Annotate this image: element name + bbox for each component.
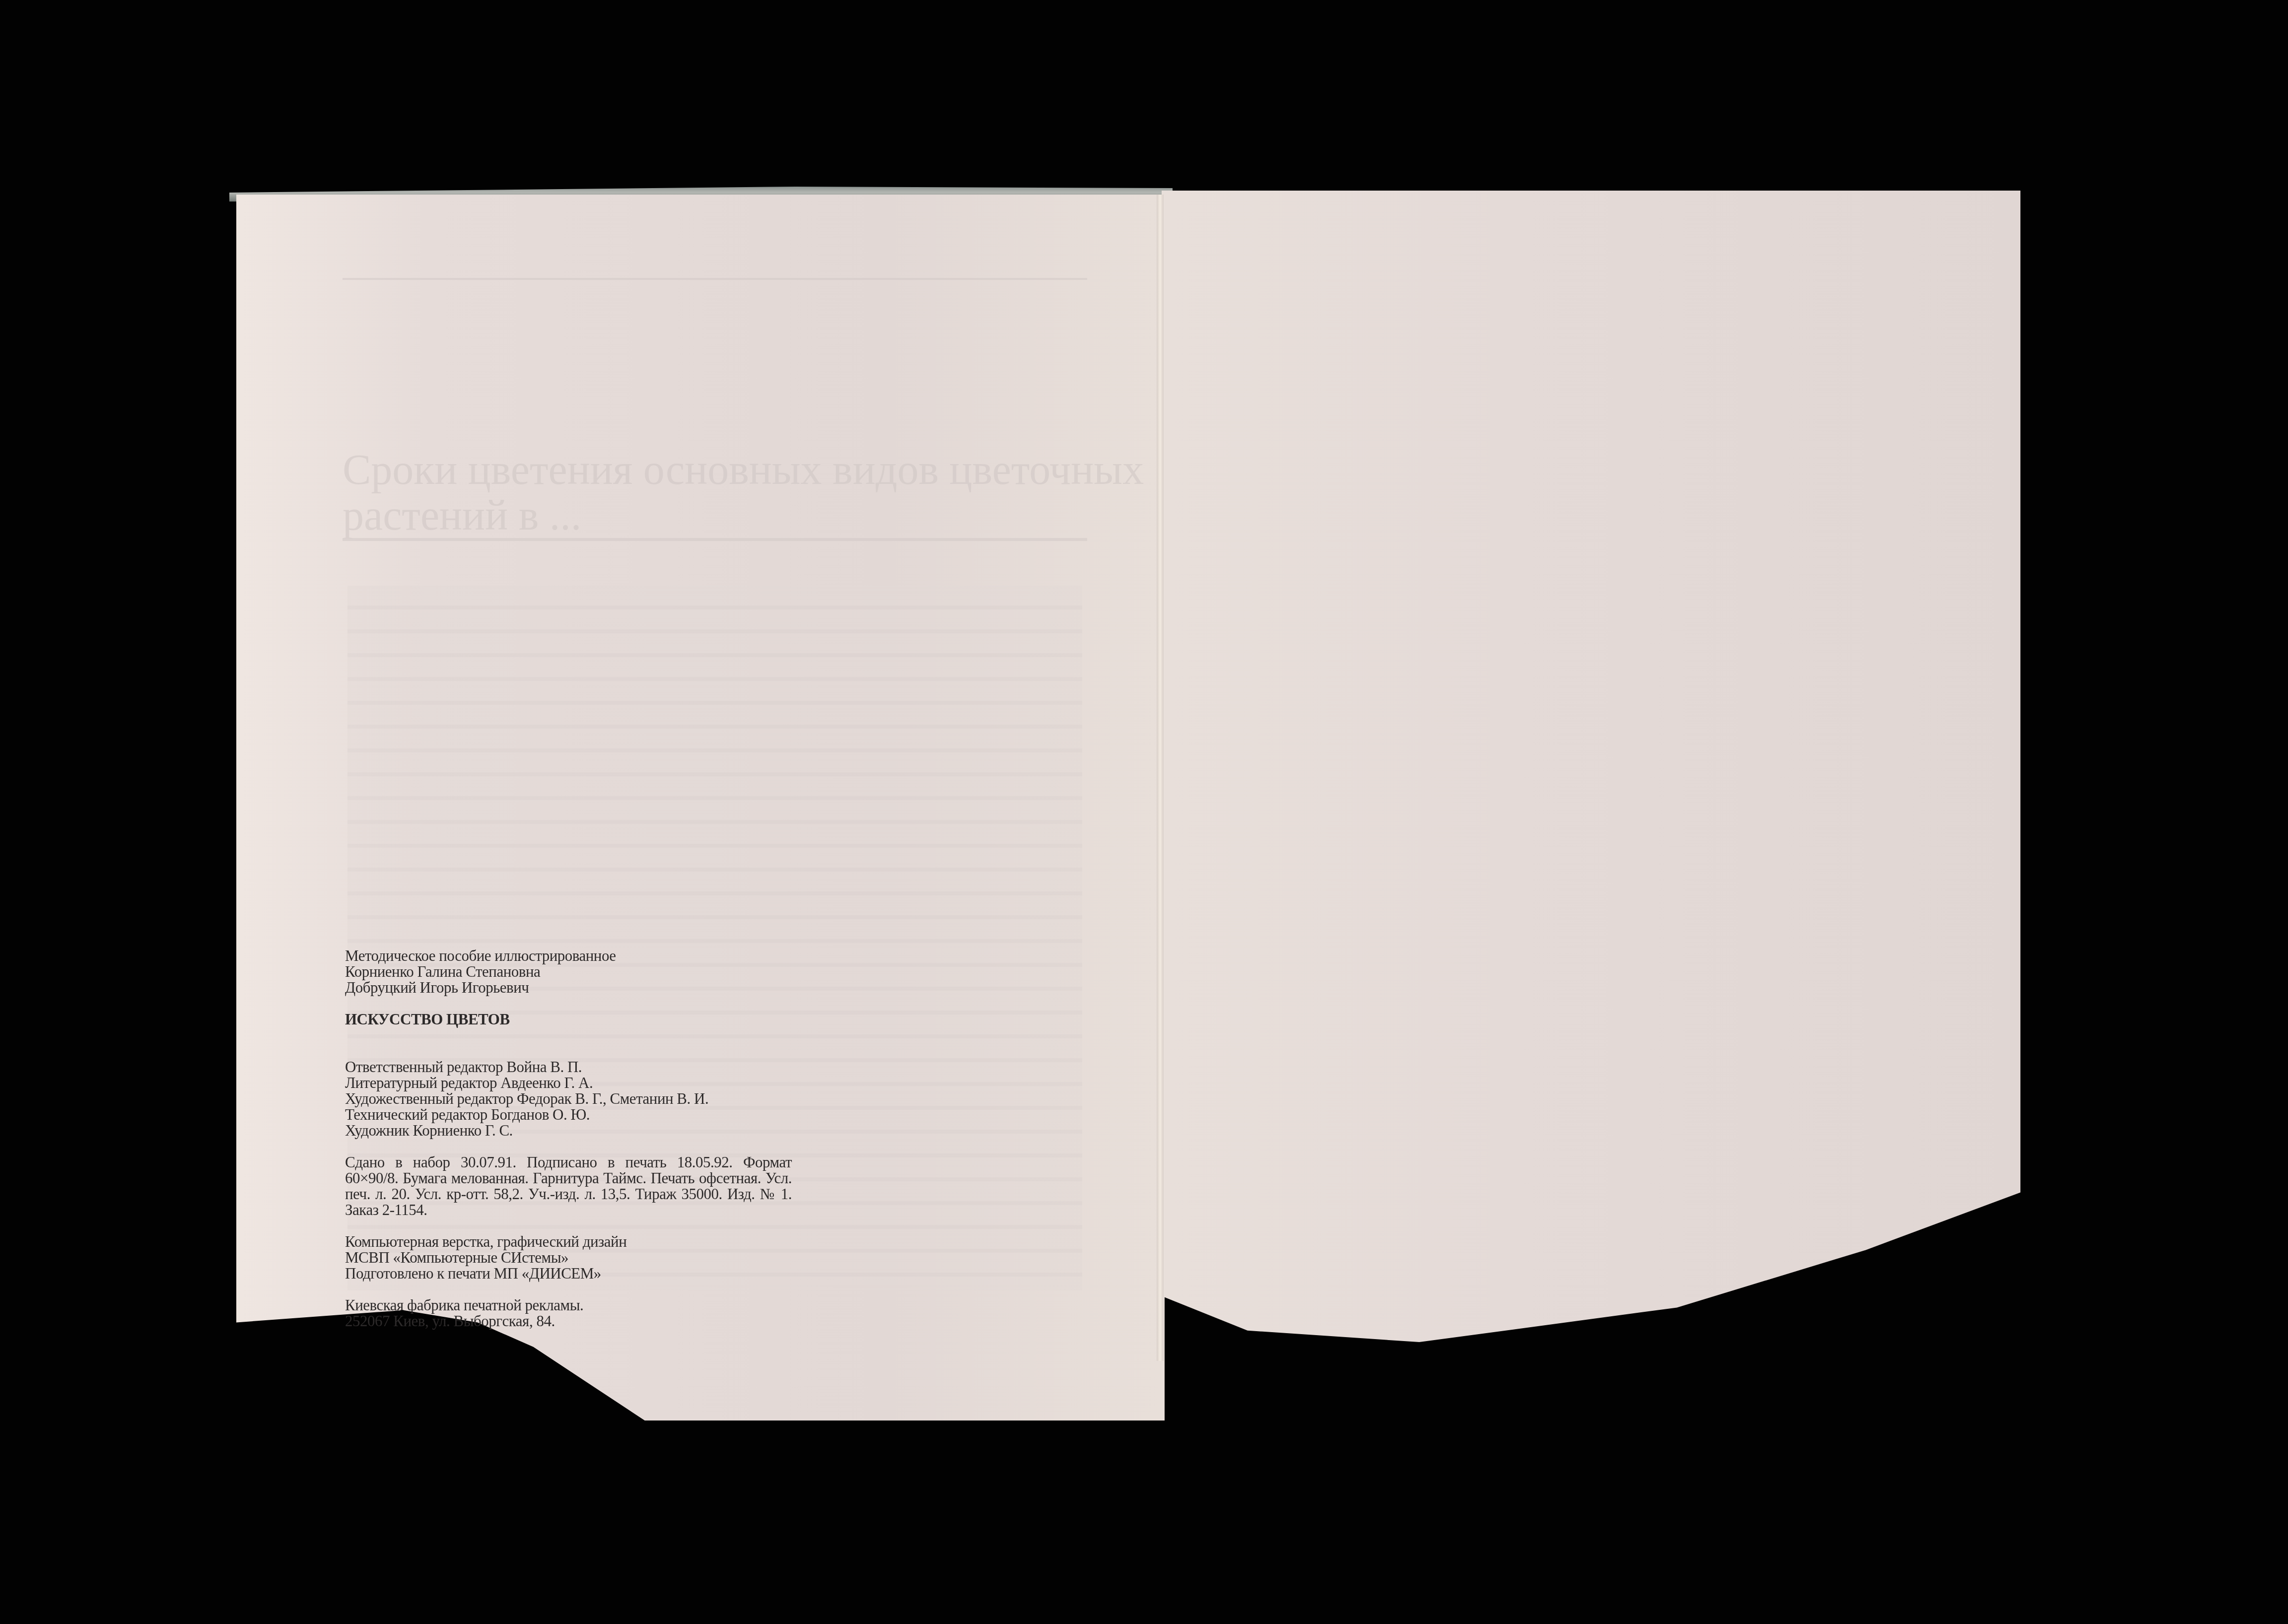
printer-address: 252067 Киев, ул. Выборгская, 84. (345, 1313, 851, 1329)
artist: Художник Корниенко Г. С. (345, 1123, 851, 1139)
editor-art: Художественный редактор Федорак В. Г., С… (345, 1091, 851, 1107)
author-2: Добруцкий Игорь Игорьевич (345, 980, 851, 996)
production-layout: Компьютерная верстка, графический дизайн (345, 1234, 851, 1250)
show-through-title-line-1: Сроки цветения основных видов цветочных (343, 447, 1087, 492)
show-through-header (343, 278, 1087, 280)
spacer (345, 1139, 851, 1154)
production-prepress: Подготовлено к печати МП «ДИИСЕМ» (345, 1266, 851, 1282)
spacer (345, 1218, 851, 1234)
show-through-title-line-2: растений в ... (343, 492, 1087, 538)
spacer (345, 1027, 851, 1059)
book-gutter (1157, 195, 1164, 1361)
spacer (345, 996, 851, 1012)
right-page (1162, 191, 2020, 1342)
colophon: Методическое пособие иллюстрированное Ко… (345, 948, 851, 1329)
print-details: Сдано в набор 30.07.91. Подписано в печа… (345, 1154, 792, 1218)
show-through-title: Сроки цветения основных видов цветочных … (343, 447, 1087, 541)
production-company: МСВП «Компьютерные СИстемы» (345, 1250, 851, 1266)
editor-responsible: Ответственный редактор Война В. П. (345, 1059, 851, 1075)
editor-literary: Литературный редактор Авдеенко Г. А. (345, 1075, 851, 1091)
editor-technical: Технический редактор Богданов О. Ю. (345, 1107, 851, 1123)
author-1: Корниенко Галина Степановна (345, 964, 851, 980)
book-title: ИСКУССТВО ЦВЕТОВ (345, 1012, 851, 1027)
book-genre: Методическое пособие иллюстрированное (345, 948, 851, 964)
printer-name: Киевская фабрика печатной рекламы. (345, 1297, 851, 1313)
spacer (345, 1282, 851, 1297)
